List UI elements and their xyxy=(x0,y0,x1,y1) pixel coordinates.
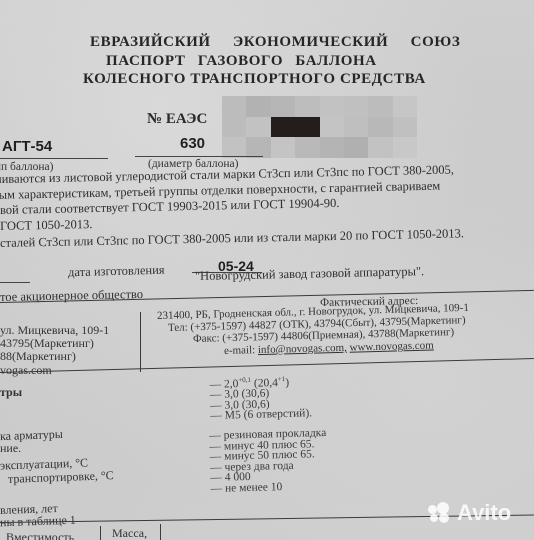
table1-divider-1 xyxy=(100,526,101,540)
table1-divider-2 xyxy=(160,524,161,540)
email-prefix: e-mail: xyxy=(224,344,258,357)
address-left-3: 88(Маркетинг) xyxy=(0,349,76,364)
diameter-value: 630 xyxy=(180,135,205,152)
table-divider xyxy=(140,312,141,372)
spec-label-3: ние. xyxy=(0,441,21,456)
email-link[interactable]: info@novogas.com, xyxy=(258,342,347,356)
diameter-rule xyxy=(135,156,263,157)
spec-value-thread: М5 (6 отверстий). xyxy=(210,409,312,422)
avito-watermark: Avito xyxy=(428,500,511,526)
left-fragment-rule xyxy=(0,282,30,283)
table1-header-capacity: Вместимость, xyxy=(6,530,77,540)
spec-label-1: тры xyxy=(0,385,22,400)
header-vehicle: КОЛЕСНОГО ТРАНСПОРТНОГО СРЕДСТВА xyxy=(83,71,426,88)
spec-values-group-1: 2,0+0,1 (20,4+1) 3,0 (30,6) 3,0 (30,6) М… xyxy=(209,373,312,421)
spec-label-5: транспортировке, °С xyxy=(8,468,114,487)
manufacture-date-label: дата изготовления xyxy=(68,263,165,281)
website-link[interactable]: www.novogas.com xyxy=(349,340,434,354)
cylinder-type-value: АГТ-54 xyxy=(2,138,52,155)
header-union: ЕВРАЗИЙСКИЙ ЭКОНОМИЧЕСКИЙ СОЮЗ xyxy=(90,34,460,51)
document-page: ЕВРАЗИЙСКИЙ ЭКОНОМИЧЕСКИЙ СОЮЗ ПАСПОРТ Г… xyxy=(0,0,534,540)
spec-values-group-2: резиновая прокладка минус 40 плюс 65. ми… xyxy=(209,428,328,494)
body-line-4: ГОСТ 1050-2013. xyxy=(0,217,93,234)
avito-logo-icon xyxy=(428,502,454,524)
table1-header-mass: Масса, xyxy=(112,526,147,540)
redacted-passport-number xyxy=(222,96,417,158)
table-bottom-border xyxy=(0,358,534,373)
address-left-4: vogas.com xyxy=(0,363,52,378)
cylinder-type-rule xyxy=(0,158,108,159)
avito-wordmark: Avito xyxy=(457,500,511,526)
spec-value-service-life: не менее 10 xyxy=(211,480,328,494)
header-passport: ПАСПОРТ ГАЗОВОГО БАЛЛОНА xyxy=(106,53,377,70)
passport-number-label: № ЕАЭС xyxy=(147,111,207,128)
